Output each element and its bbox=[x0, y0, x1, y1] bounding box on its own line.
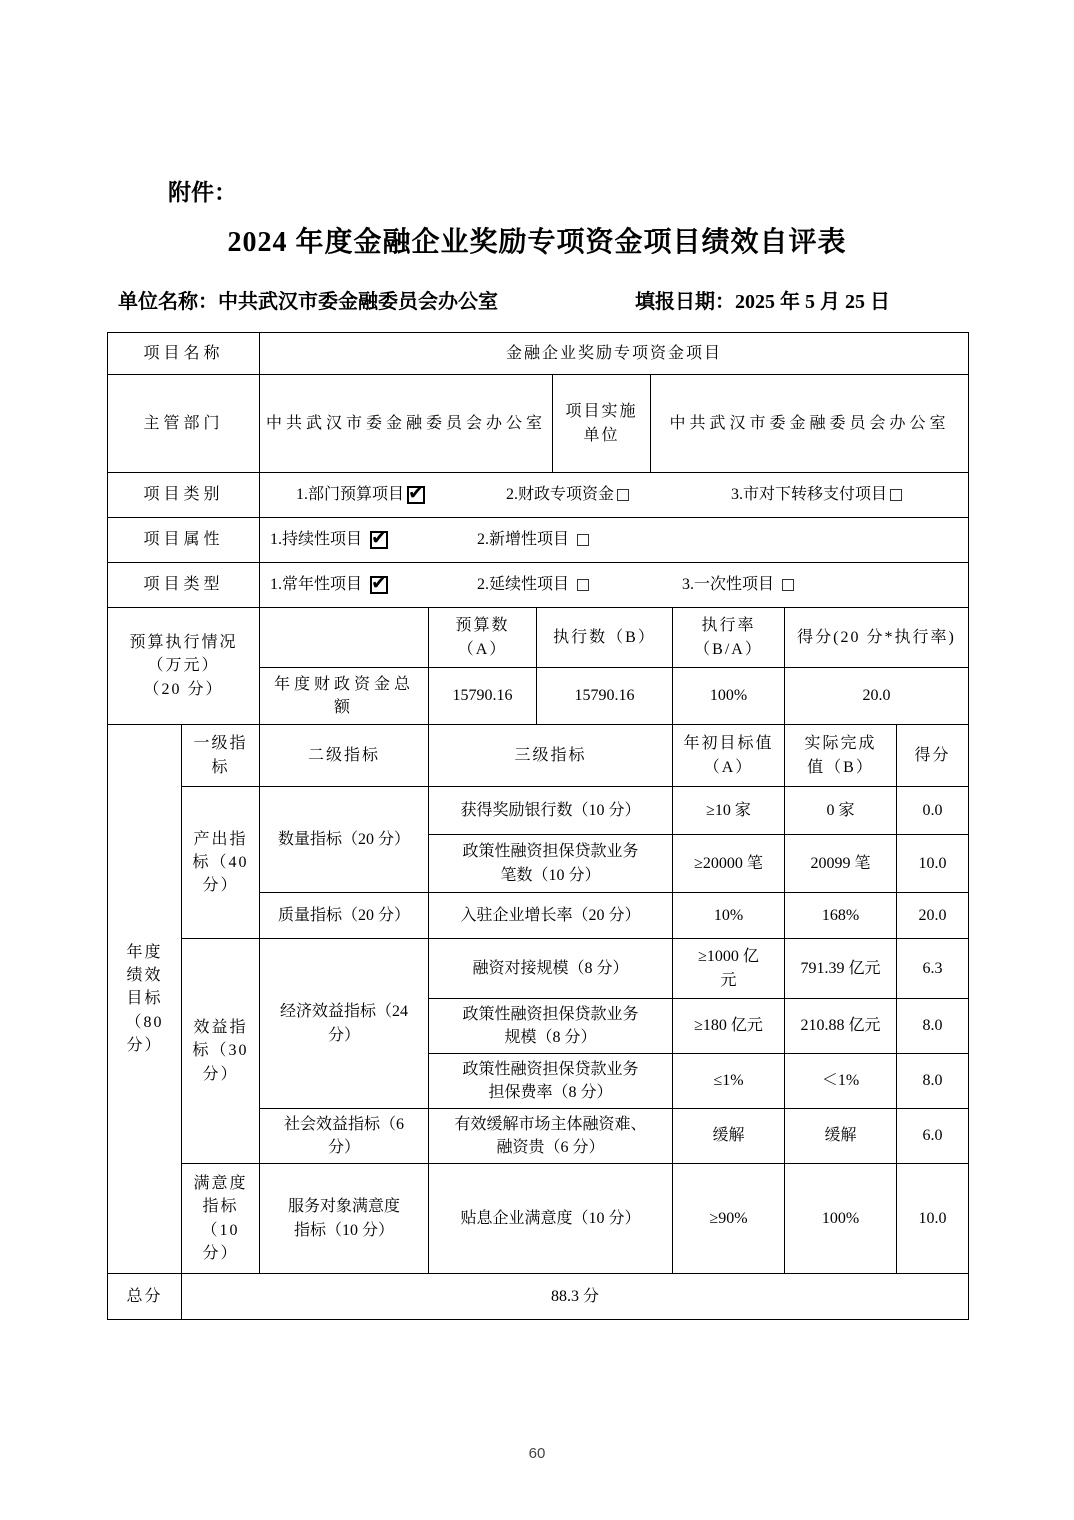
score-cell: 0.0 bbox=[897, 787, 969, 835]
target-value: ≥180 亿元 bbox=[673, 999, 785, 1054]
attribute-option-2: 2.新增性项目 bbox=[477, 528, 682, 551]
budget-execution-table: 预算执行情况 （万元） （20 分） 预算数 （A） 执行数（B） 执行率 （B… bbox=[107, 607, 969, 725]
category-option-1: 1.部门预算项目 bbox=[296, 483, 506, 506]
level3-indicator: 政策性融资担保贷款业务 笔数（10 分） bbox=[429, 835, 673, 893]
actual-value: 168% bbox=[785, 893, 897, 939]
department-label: 主管部门 bbox=[108, 375, 260, 473]
project-name-value: 金融企业奖励专项资金项目 bbox=[260, 333, 969, 375]
score-col-header: 得分(20 分*执行率) bbox=[785, 608, 969, 668]
category-option-2: 2.财政专项资金 bbox=[506, 483, 731, 506]
level2-economic: 经济效益指标（24 分） bbox=[260, 939, 429, 1109]
level1-benefit: 效益指 标（30 分） bbox=[182, 939, 260, 1164]
target-value: ≥10 家 bbox=[673, 787, 785, 835]
level3-indicator: 政策性融资担保贷款业务 担保费率（8 分） bbox=[429, 1054, 673, 1109]
checkbox-empty-icon bbox=[577, 534, 589, 546]
actual-value: 791.39 亿元 bbox=[785, 939, 897, 999]
level3-indicator: 贴息企业满意度（10 分） bbox=[429, 1164, 673, 1274]
basic-info-table: 项目名称 金融企业奖励专项资金项目 主管部门 中共武汉市委金融委员会办公室 项目… bbox=[107, 332, 969, 608]
category-option-3: 3.市对下转移支付项目 bbox=[731, 483, 902, 506]
header-target: 年初目标值 （A） bbox=[673, 725, 785, 787]
target-value: ≤1% bbox=[673, 1054, 785, 1109]
actual-value: 0 家 bbox=[785, 787, 897, 835]
score-cell: 10.0 bbox=[897, 1164, 969, 1274]
target-value: ≥20000 笔 bbox=[673, 835, 785, 893]
score-cell: 8.0 bbox=[897, 999, 969, 1054]
checkbox-checked-icon bbox=[370, 531, 388, 549]
type-option-2: 2.延续性项目 bbox=[477, 573, 682, 596]
self-evaluation-table: 项目名称 金融企业奖励专项资金项目 主管部门 中共武汉市委金融委员会办公室 项目… bbox=[107, 332, 968, 1320]
target-value: ≥1000 亿 元 bbox=[673, 939, 785, 999]
score-value: 20.0 bbox=[785, 668, 969, 725]
level2-quantity: 数量指标（20 分） bbox=[260, 787, 429, 893]
level3-indicator: 政策性融资担保贷款业务 规模（8 分） bbox=[429, 999, 673, 1054]
level3-indicator: 入驻企业增长率（20 分） bbox=[429, 893, 673, 939]
total-label: 总分 bbox=[108, 1274, 182, 1320]
annual-fund-label: 年度财政资金总 额 bbox=[260, 668, 429, 725]
header-level1: 一级指 标 bbox=[182, 725, 260, 787]
budget-value: 15790.16 bbox=[429, 668, 537, 725]
budget-section-label: 预算执行情况 （万元） （20 分） bbox=[108, 608, 260, 725]
document-page: 附件： 2024 年度金融企业奖励专项资金项目绩效自评表 单位名称：中共武汉市委… bbox=[0, 0, 1074, 1520]
checkbox-empty-icon bbox=[890, 489, 902, 501]
type-label: 项目类型 bbox=[108, 563, 260, 608]
performance-table: 年度 绩效 目标 （80 分） 一级指 标 二级指标 三级指标 年初目标值 （A… bbox=[107, 724, 969, 1274]
target-value: 10% bbox=[673, 893, 785, 939]
actual-value: 20099 笔 bbox=[785, 835, 897, 893]
score-cell: 8.0 bbox=[897, 1054, 969, 1109]
actual-value: 210.88 亿元 bbox=[785, 999, 897, 1054]
header-score: 得分 bbox=[897, 725, 969, 787]
unit-name: 单位名称：中共武汉市委金融委员会办公室 bbox=[118, 285, 498, 314]
actual-value: 100% bbox=[785, 1164, 897, 1274]
type-options: 1.常年性项目 2.延续性项目 3.一次性项目 bbox=[260, 563, 969, 608]
score-cell: 6.3 bbox=[897, 939, 969, 999]
performance-section-label: 年度 绩效 目标 （80 分） bbox=[108, 725, 182, 1274]
exec-col-header: 执行数（B） bbox=[537, 608, 673, 668]
score-cell: 6.0 bbox=[897, 1109, 969, 1164]
level3-indicator: 有效缓解市场主体融资难、 融资贵（6 分） bbox=[429, 1109, 673, 1164]
budget-empty-cell bbox=[260, 608, 429, 668]
checkbox-empty-icon bbox=[782, 579, 794, 591]
level2-social: 社会效益指标（6 分） bbox=[260, 1109, 429, 1164]
report-date: 填报日期：2025 年 5 月 25 日 bbox=[635, 285, 890, 314]
type-option-3: 3.一次性项目 bbox=[682, 573, 794, 596]
category-options: 1.部门预算项目 2.财政专项资金 3.市对下转移支付项目 bbox=[260, 473, 969, 518]
page-title: 2024 年度金融企业奖励专项资金项目绩效自评表 bbox=[0, 220, 1074, 260]
table-row: 满意度 指标 （10 分） 服务对象满意度 指标（10 分） 贴息企业满意度（1… bbox=[108, 1164, 969, 1274]
target-value: 缓解 bbox=[673, 1109, 785, 1164]
target-value: ≥90% bbox=[673, 1164, 785, 1274]
level1-output: 产出指 标（40 分） bbox=[182, 787, 260, 939]
attribute-options: 1.持续性项目 2.新增性项目 bbox=[260, 518, 969, 563]
attachment-label: 附件： bbox=[168, 174, 237, 207]
level2-quality: 质量指标（20 分） bbox=[260, 893, 429, 939]
exec-value: 15790.16 bbox=[537, 668, 673, 725]
checkbox-checked-icon bbox=[370, 576, 388, 594]
table-row: 产出指 标（40 分） 数量指标（20 分） 获得奖励银行数（10 分） ≥10… bbox=[108, 787, 969, 835]
score-cell: 10.0 bbox=[897, 835, 969, 893]
checkbox-empty-icon bbox=[617, 489, 629, 501]
header-level2: 二级指标 bbox=[260, 725, 429, 787]
total-score-table: 总分 88.3 分 bbox=[107, 1273, 969, 1320]
impl-unit-value: 中共武汉市委金融委员会办公室 bbox=[651, 375, 969, 473]
page-number: 60 bbox=[0, 1445, 1074, 1462]
rate-col-header: 执行率 （B/A） bbox=[673, 608, 785, 668]
level3-indicator: 获得奖励银行数（10 分） bbox=[429, 787, 673, 835]
rate-value: 100% bbox=[673, 668, 785, 725]
level3-indicator: 融资对接规模（8 分） bbox=[429, 939, 673, 999]
actual-value: ＜1% bbox=[785, 1054, 897, 1109]
actual-value: 缓解 bbox=[785, 1109, 897, 1164]
level1-satisfaction: 满意度 指标 （10 分） bbox=[182, 1164, 260, 1274]
header-level3: 三级指标 bbox=[429, 725, 673, 787]
checkbox-checked-icon bbox=[407, 486, 425, 504]
attribute-option-1: 1.持续性项目 bbox=[270, 528, 477, 551]
score-cell: 20.0 bbox=[897, 893, 969, 939]
type-option-1: 1.常年性项目 bbox=[270, 573, 477, 596]
attribute-label: 项目属性 bbox=[108, 518, 260, 563]
impl-unit-label: 项目实施 单位 bbox=[553, 375, 651, 473]
project-name-label: 项目名称 bbox=[108, 333, 260, 375]
budget-col-header: 预算数 （A） bbox=[429, 608, 537, 668]
header-actual: 实际完成 值（B） bbox=[785, 725, 897, 787]
total-value: 88.3 分 bbox=[182, 1274, 969, 1320]
level2-service: 服务对象满意度 指标（10 分） bbox=[260, 1164, 429, 1274]
category-label: 项目类别 bbox=[108, 473, 260, 518]
checkbox-empty-icon bbox=[577, 579, 589, 591]
department-value: 中共武汉市委金融委员会办公室 bbox=[260, 375, 553, 473]
table-row: 效益指 标（30 分） 经济效益指标（24 分） 融资对接规模（8 分） ≥10… bbox=[108, 939, 969, 999]
